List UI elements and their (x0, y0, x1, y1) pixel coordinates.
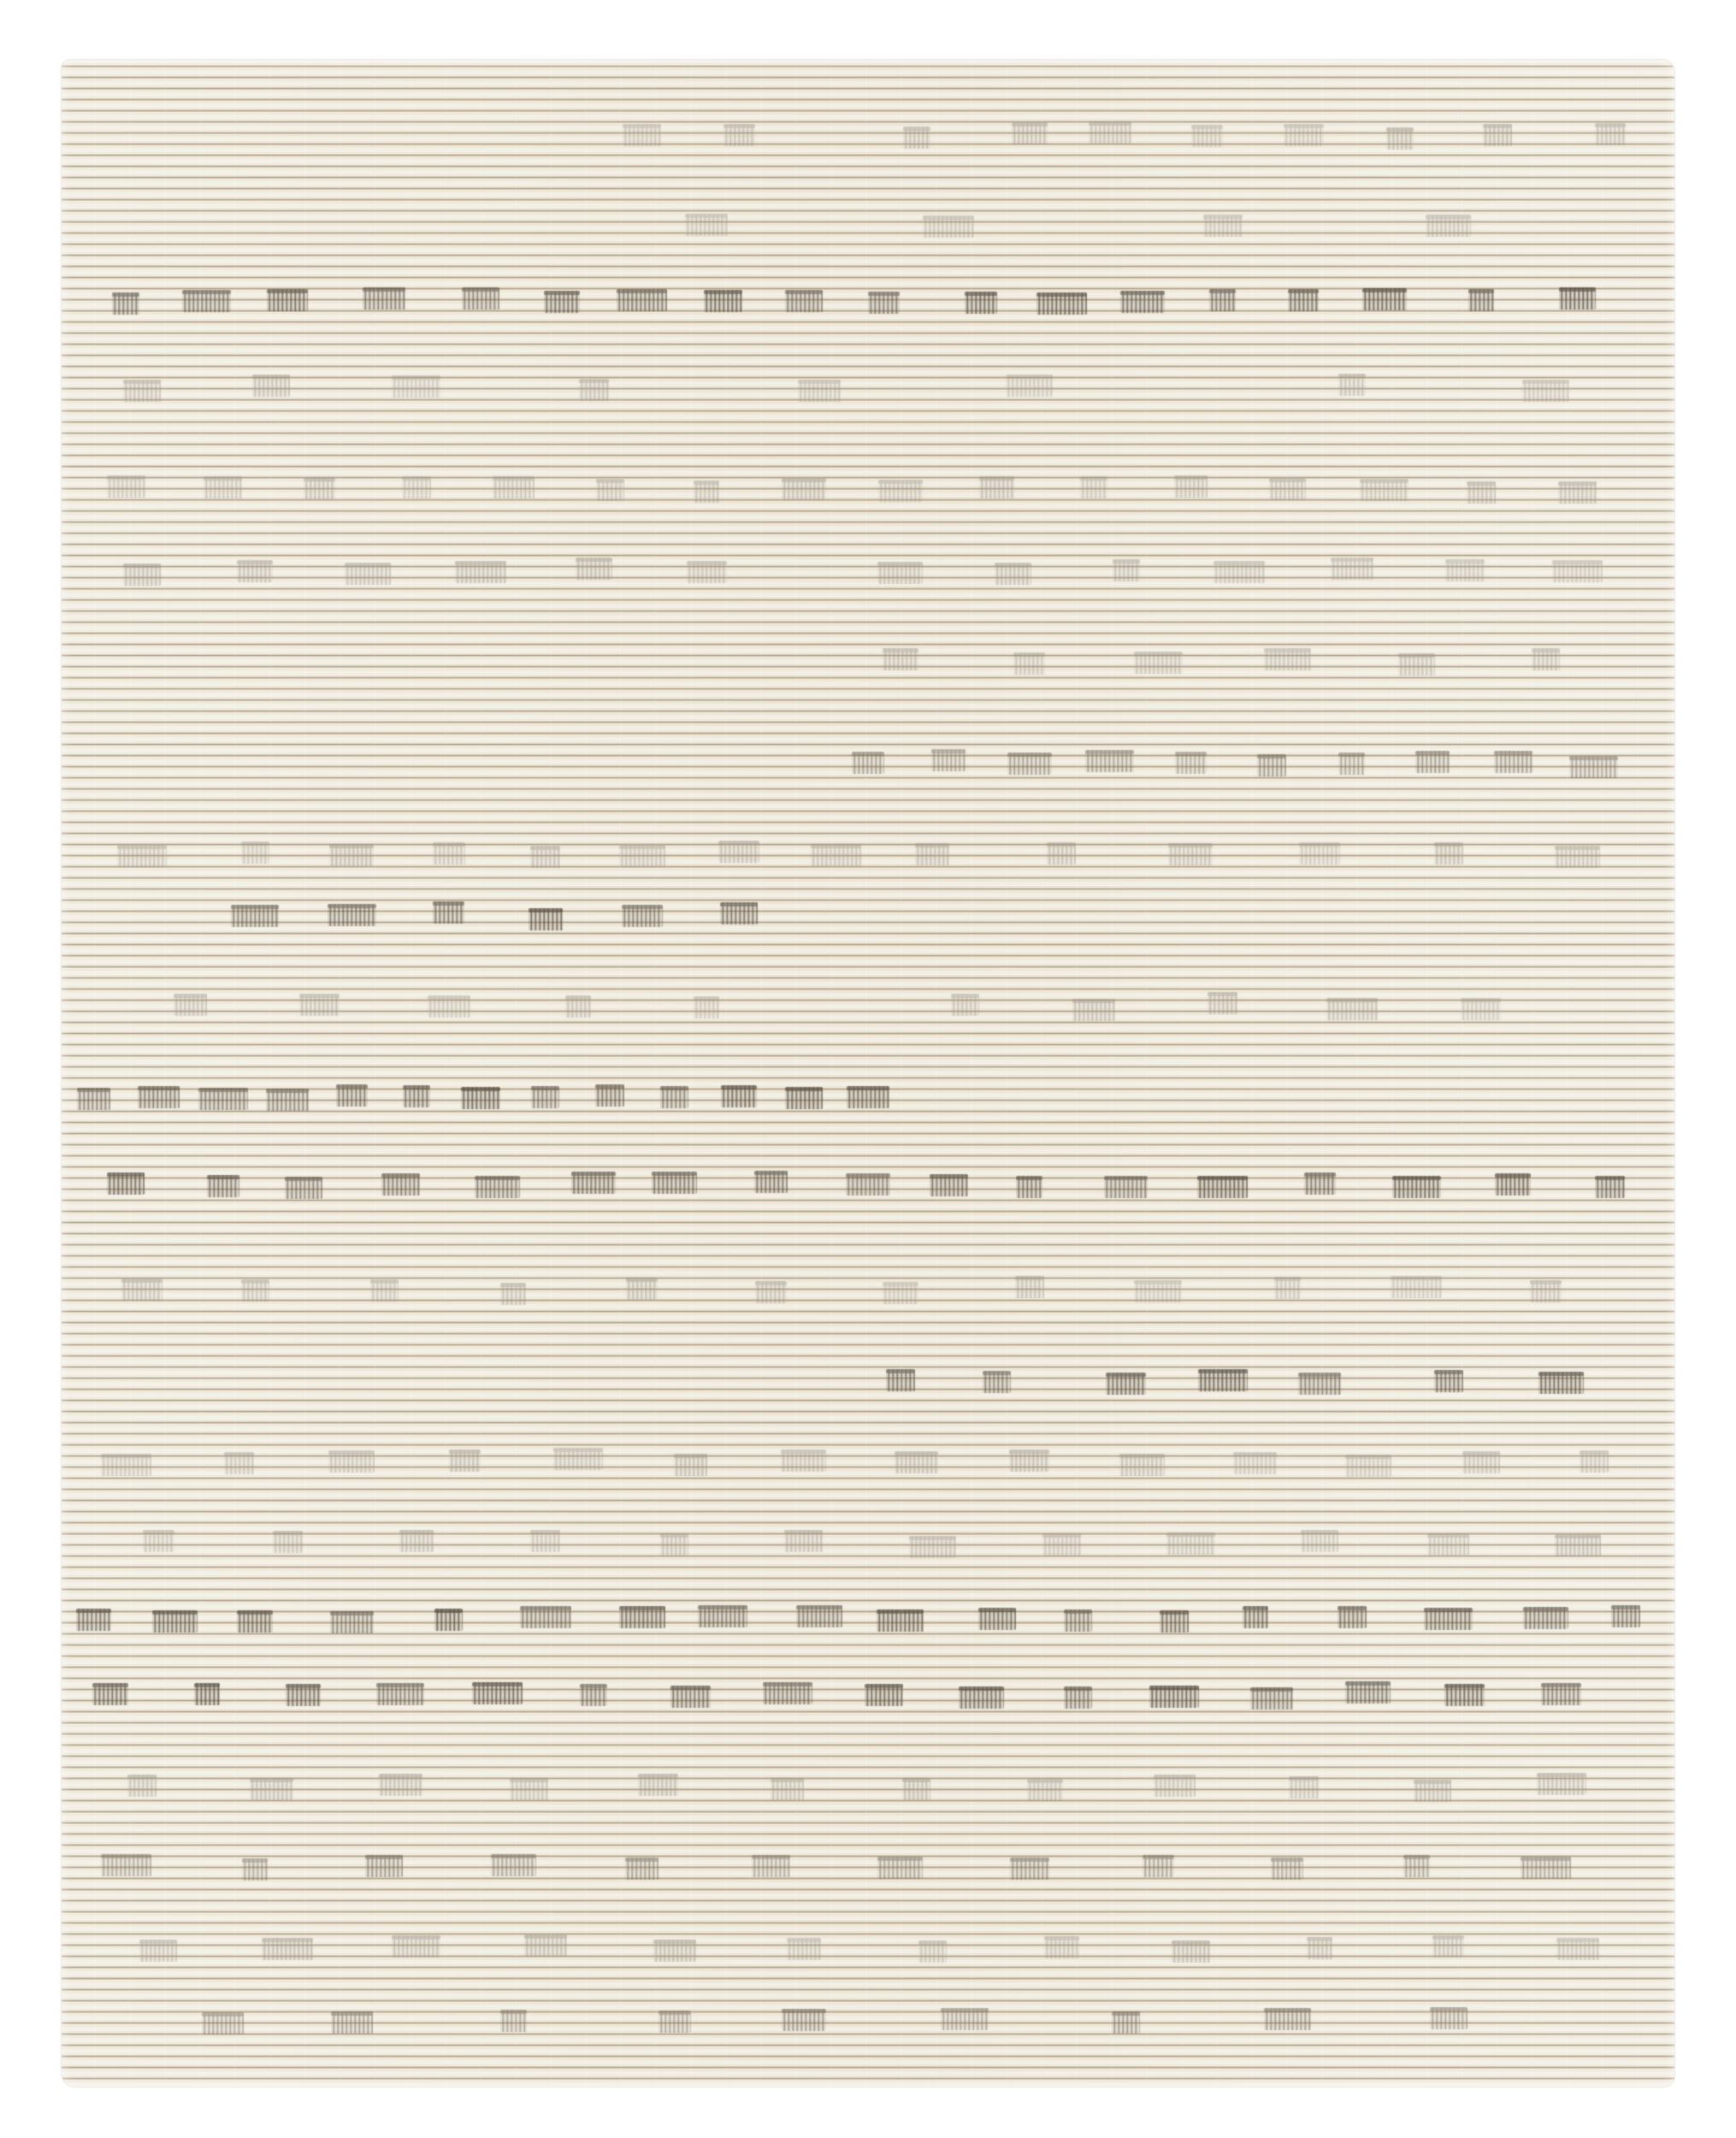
tuft-motif (798, 380, 841, 402)
tuft-motif (252, 375, 290, 397)
motif-row (62, 557, 1674, 591)
tuft-motif (1424, 1608, 1473, 1630)
tuft-motif (202, 2012, 244, 2035)
tuft-motif (1360, 479, 1408, 501)
tuft-motif (198, 1088, 248, 1110)
tuft-motif (112, 292, 139, 315)
tuft-motif (331, 2011, 373, 2034)
tuft-motif (626, 1278, 658, 1300)
tuft-motif (1284, 124, 1324, 146)
tuft-motif (1112, 2011, 1140, 2034)
tuft-motif (475, 1176, 520, 1198)
tuft-motif (995, 563, 1031, 585)
tuft-motif (1174, 475, 1208, 498)
tuft-motif (623, 124, 661, 146)
tuft-motif (1530, 1280, 1562, 1302)
tuft-motif (1064, 1609, 1092, 1632)
motif-row (62, 749, 1674, 783)
tuft-motif (392, 1935, 440, 1958)
tuft-motif (1016, 1176, 1042, 1198)
tuft-motif (625, 1857, 658, 1880)
tuft-motif (617, 289, 667, 311)
tuft-motif (1345, 1681, 1391, 1704)
tuft-motif (1432, 1935, 1464, 1958)
tuft-motif (1532, 648, 1560, 670)
tuft-motif (266, 1089, 309, 1111)
tuft-motif (796, 1605, 842, 1627)
tuft-motif (500, 1283, 526, 1305)
tuft-motif (1467, 481, 1496, 504)
tuft-motif (1430, 2007, 1467, 2029)
tuft-motif (694, 481, 719, 503)
tuft-motif (877, 1609, 924, 1632)
tuft-motif (1580, 1450, 1609, 1473)
tuft-motif (868, 292, 900, 314)
tuft-motif (1257, 754, 1286, 777)
tuft-motif (785, 1087, 823, 1109)
tuft-motif (1298, 1373, 1341, 1395)
motif-row (62, 992, 1674, 1026)
tuft-motif (428, 995, 470, 1018)
tuft-motif (694, 996, 719, 1019)
tuft-motif (1288, 289, 1319, 311)
tuft-motif (399, 1530, 434, 1552)
tuft-motif (1391, 1276, 1442, 1298)
tuft-motif (1434, 842, 1463, 865)
tuft-motif (576, 558, 612, 580)
tuft-motif (1462, 1451, 1500, 1474)
tuft-motif (951, 994, 979, 1016)
tuft-motif (1080, 476, 1107, 499)
tuft-motif (237, 1610, 273, 1633)
tuft-motif (152, 1610, 198, 1633)
tuft-motif (902, 1778, 930, 1800)
tuft-motif (877, 1857, 923, 1879)
motif-row (62, 647, 1674, 682)
motif-row (62, 1084, 1674, 1118)
tuft-motif (1520, 1857, 1571, 1879)
tuft-motif (381, 1173, 420, 1196)
tuft-motif (1523, 1607, 1568, 1629)
tuft-motif (918, 1940, 947, 1963)
tuft-motif (365, 1855, 403, 1877)
tuft-motif (878, 480, 923, 502)
tuft-motif (273, 1531, 303, 1553)
tuft-motif (1168, 843, 1213, 865)
motif-row (62, 1853, 1674, 1887)
tuft-motif (619, 845, 665, 867)
tuft-motif (139, 1940, 177, 1962)
tuft-motif (304, 477, 335, 499)
tuft-motif (1495, 1173, 1531, 1196)
motif-row (62, 1171, 1674, 1205)
tuft-motif (138, 1086, 180, 1108)
tuft-motif (1208, 992, 1237, 1014)
tuft-motif (531, 1086, 559, 1108)
tuft-motif (544, 291, 580, 313)
tuft-motif (262, 1938, 313, 1960)
tuft-motif (1415, 751, 1450, 773)
tuft-motif (886, 1369, 915, 1391)
tuft-motif (1203, 215, 1243, 237)
tuft-motif (846, 1173, 890, 1196)
tuft-motif (670, 1686, 711, 1708)
tuft-motif (510, 1778, 548, 1800)
tuft-motif (553, 1448, 603, 1470)
tuft-motif (1538, 1372, 1584, 1394)
motif-row (62, 1604, 1674, 1639)
tuft-motif (472, 1682, 523, 1704)
tuft-motif (1392, 1176, 1441, 1198)
tuft-motif (1403, 1855, 1430, 1877)
tuft-motif (1555, 846, 1600, 868)
tuft-motif (1559, 287, 1596, 310)
tuft-motif (433, 901, 464, 924)
tuft-motif (107, 475, 145, 498)
tuft-motif (1552, 560, 1603, 582)
tuft-motif (1134, 652, 1183, 674)
tuft-motif (674, 1454, 707, 1476)
motif-row (62, 121, 1674, 155)
tuft-motif (92, 1683, 128, 1705)
tuft-motif (1398, 653, 1435, 676)
tuft-motif (1289, 1776, 1319, 1798)
tuft-motif (1338, 753, 1365, 775)
tuft-motif (1012, 122, 1048, 145)
tuft-motif (194, 1683, 220, 1705)
tuft-motif (752, 1855, 790, 1877)
tuft-motif (1269, 478, 1306, 500)
tuft-motif (1611, 1605, 1640, 1627)
tuft-motif (1042, 1533, 1081, 1556)
tuft-motif (500, 2010, 527, 2032)
tuft-motif (978, 1608, 1016, 1630)
tuft-motif (638, 1774, 678, 1796)
tuft-motif (755, 1281, 787, 1303)
tuft-motif (1006, 375, 1053, 397)
tuft-motif (923, 216, 974, 238)
tuft-motif (782, 2009, 826, 2031)
tuft-motif (433, 842, 465, 865)
motif-row (62, 1773, 1674, 1807)
rug (62, 60, 1674, 2087)
tuft-motif (1461, 998, 1501, 1020)
tuft-motif (653, 1940, 696, 1962)
tuft-motif (1120, 291, 1165, 313)
tuft-motif (698, 1605, 747, 1627)
motif-row (62, 212, 1674, 246)
tuft-motif (1264, 2008, 1311, 2030)
tuft-motif (718, 841, 759, 863)
tuft-motif (1113, 559, 1140, 582)
tuft-motif (1134, 1280, 1182, 1302)
tuft-motif (1264, 648, 1311, 670)
tuft-motif (1160, 1610, 1189, 1633)
tuft-motif (1555, 1534, 1601, 1556)
tuft-motif (1007, 753, 1052, 775)
tuft-motif (1085, 750, 1134, 772)
tuft-motif (721, 1085, 757, 1107)
motif-row (62, 1934, 1674, 1969)
tuft-motif (1213, 561, 1265, 583)
tuft-motif (231, 905, 279, 927)
tuft-motif (883, 1282, 918, 1304)
tuft-motif (1522, 380, 1569, 402)
motif-row (62, 1529, 1674, 1563)
tuft-motif (811, 844, 861, 866)
tuft-motif (76, 1609, 111, 1631)
tuft-motif (1468, 289, 1494, 311)
tuft-motif (117, 845, 167, 867)
tuft-motif (330, 1611, 374, 1633)
tuft-motif (1044, 1936, 1079, 1958)
tuft-motif (852, 752, 884, 774)
tuft-motif (1537, 1773, 1586, 1795)
motif-row (62, 1367, 1674, 1402)
tuft-motif (883, 648, 918, 670)
tuft-motif (1036, 292, 1087, 315)
tuft-motif (1175, 752, 1207, 774)
tuft-motif (1444, 1684, 1485, 1706)
tuft-motif (299, 994, 340, 1016)
tuft-motif (1595, 1176, 1625, 1198)
tuft-motif (781, 1450, 826, 1472)
tuft-motif (1009, 1450, 1049, 1472)
tuft-motif (619, 1606, 665, 1628)
motif-row (62, 901, 1674, 936)
tuft-motif (123, 380, 161, 402)
tuft-motif (1595, 123, 1626, 145)
tuft-motif (959, 1686, 1004, 1709)
tuft-motif (285, 1177, 322, 1199)
tuft-motif (941, 2008, 989, 2030)
tuft-motif (1304, 1172, 1336, 1195)
tuft-motif (286, 1684, 321, 1706)
tuft-motif (237, 560, 273, 582)
motif-row (62, 374, 1674, 408)
tuft-motif (720, 902, 758, 924)
tuft-motif (1556, 1938, 1599, 1960)
tuft-motif (241, 842, 269, 864)
tuft-motif (345, 563, 391, 585)
tuft-motif (1106, 1373, 1146, 1395)
tuft-motif (1307, 1937, 1332, 1959)
tuft-motif (1015, 1276, 1044, 1298)
tuft-motif (403, 1085, 430, 1107)
motif-row (62, 1276, 1674, 1310)
tuft-motif (520, 1606, 571, 1628)
tuft-motif (596, 479, 624, 501)
tuft-motif (1558, 481, 1597, 504)
tuft-motif (704, 290, 742, 312)
tuft-motif (565, 995, 591, 1018)
tuft-motif (903, 127, 930, 149)
tuft-motif (336, 1084, 368, 1107)
tuft-motif (392, 375, 440, 398)
tuft-motif (1143, 1855, 1174, 1877)
tuft-motif (379, 1774, 422, 1796)
tuft-motif (77, 1088, 110, 1110)
tuft-motif (930, 1174, 968, 1196)
tuft-motif (660, 1086, 688, 1108)
tuft-motif (1027, 1779, 1063, 1801)
tuft-motif (895, 1451, 938, 1474)
tuft-motif (530, 1530, 560, 1552)
tuft-motif (267, 289, 308, 311)
motif-row (62, 1448, 1674, 1482)
tuft-motif (1434, 1370, 1463, 1392)
tuft-motif (1233, 1452, 1277, 1474)
tuft-motif (1172, 1940, 1210, 1963)
tuft-motif (1414, 1780, 1451, 1802)
tuft-motif (782, 478, 826, 500)
tuft-motif (491, 1854, 536, 1876)
tuft-motif (1271, 1857, 1303, 1880)
tuft-motif (1345, 1455, 1391, 1477)
tuft-motif (328, 904, 376, 926)
tuft-motif (1072, 999, 1115, 1021)
tuft-motif (785, 290, 823, 312)
tuft-motif (143, 1530, 174, 1552)
tuft-motif (1494, 751, 1532, 773)
tuft-motif (660, 1533, 688, 1556)
tuft-motif (763, 1682, 812, 1704)
tuft-motif (1326, 998, 1378, 1020)
tuft-motif (1483, 124, 1512, 146)
motif-row (62, 840, 1674, 874)
tuft-motif (579, 379, 609, 401)
tuft-motif (1197, 1176, 1248, 1198)
tuft-motif (1338, 374, 1366, 396)
tuft-motif (123, 564, 161, 586)
tuft-motif (242, 1858, 268, 1881)
tuft-motif (462, 287, 499, 310)
tuft-motif (1299, 842, 1340, 865)
tuft-motif (1569, 756, 1618, 778)
tuft-motif (1154, 1775, 1196, 1797)
tuft-motif (1013, 653, 1045, 675)
tuft-motif (1047, 842, 1076, 865)
tuft-motif (204, 476, 242, 499)
tuft-motif (1198, 1369, 1248, 1391)
tuft-motif (931, 749, 965, 771)
tuft-motif (1089, 121, 1131, 144)
tuft-motif (434, 1609, 463, 1631)
tuft-motif (182, 290, 231, 312)
tuft-motif (370, 1279, 399, 1302)
tuft-motif (652, 1172, 697, 1194)
tuft-motif (983, 1371, 1011, 1393)
tuft-motif (1331, 558, 1373, 580)
tuft-motif (1362, 288, 1407, 310)
tuft-motif (174, 994, 207, 1016)
tuft-motif (784, 1530, 823, 1552)
tuft-motif (1274, 1277, 1301, 1299)
tuft-motif (865, 1684, 903, 1706)
tuft-motif (1541, 1683, 1581, 1705)
tuft-motif (1427, 1533, 1469, 1556)
tuft-motif (524, 1934, 567, 1957)
tuft-motif (1104, 1176, 1148, 1198)
motif-row (62, 1681, 1674, 1716)
tuft-motif (595, 1084, 624, 1107)
tuft-motif (1243, 1606, 1268, 1628)
tuft-motif (687, 561, 727, 583)
tuft-motif (1426, 215, 1471, 237)
tuft-motif (1386, 127, 1414, 150)
motif-row (62, 2005, 1674, 2040)
tuft-motif (449, 1450, 481, 1472)
tuft-motif (979, 476, 1014, 499)
photo-canvas (0, 0, 1736, 2138)
tuft-motif (771, 1778, 804, 1800)
tuft-motif (528, 908, 563, 930)
tuft-motif (847, 1086, 889, 1108)
tuft-motif (622, 905, 663, 927)
tuft-motif (877, 562, 923, 584)
tuft-motif (723, 124, 755, 146)
tuft-motif (658, 2011, 691, 2033)
tuft-motif (1337, 1606, 1367, 1628)
tuft-motif (1301, 1530, 1338, 1552)
tuft-motif (363, 287, 405, 310)
tuft-motif (1010, 1857, 1049, 1880)
tuft-motif (1149, 1686, 1199, 1708)
tuft-motif (250, 1778, 293, 1800)
tuft-motif (224, 1452, 254, 1474)
tuft-motif (328, 1450, 375, 1473)
tuft-motif (127, 1775, 156, 1797)
tuft-motif (121, 1279, 162, 1301)
tuft-motif (1166, 1533, 1215, 1555)
tuft-motif (909, 1536, 956, 1558)
tuft-motif (101, 1854, 151, 1876)
tuft-motif (329, 844, 374, 866)
tuft-motif (376, 1683, 424, 1705)
motif-row (62, 475, 1674, 510)
tuft-motif (101, 1454, 151, 1476)
tuft-motif (455, 561, 506, 583)
tuft-motif (1445, 559, 1485, 582)
tuft-motif (241, 1279, 269, 1302)
tuft-motif (1064, 1686, 1092, 1709)
tuft-motif (580, 1684, 607, 1706)
tuft-motif (1191, 125, 1223, 147)
tuft-motif (107, 1172, 145, 1195)
tuft-motif (685, 214, 728, 236)
tuft-motif (787, 1938, 821, 1960)
tuft-motif (493, 476, 534, 499)
tuft-motif (530, 846, 560, 868)
tuft-motif (461, 1087, 500, 1109)
tuft-motif (207, 1175, 239, 1197)
tuft-motif (754, 1171, 788, 1193)
tuft-motif (915, 843, 949, 865)
tuft-motif (965, 292, 997, 314)
tuft-motif (1250, 1687, 1293, 1710)
tuft-motif (402, 476, 431, 499)
tuft-motif (1119, 1454, 1165, 1476)
tuft-motif (571, 1172, 616, 1194)
tuft-motif (1209, 289, 1236, 311)
motif-row (62, 286, 1674, 321)
